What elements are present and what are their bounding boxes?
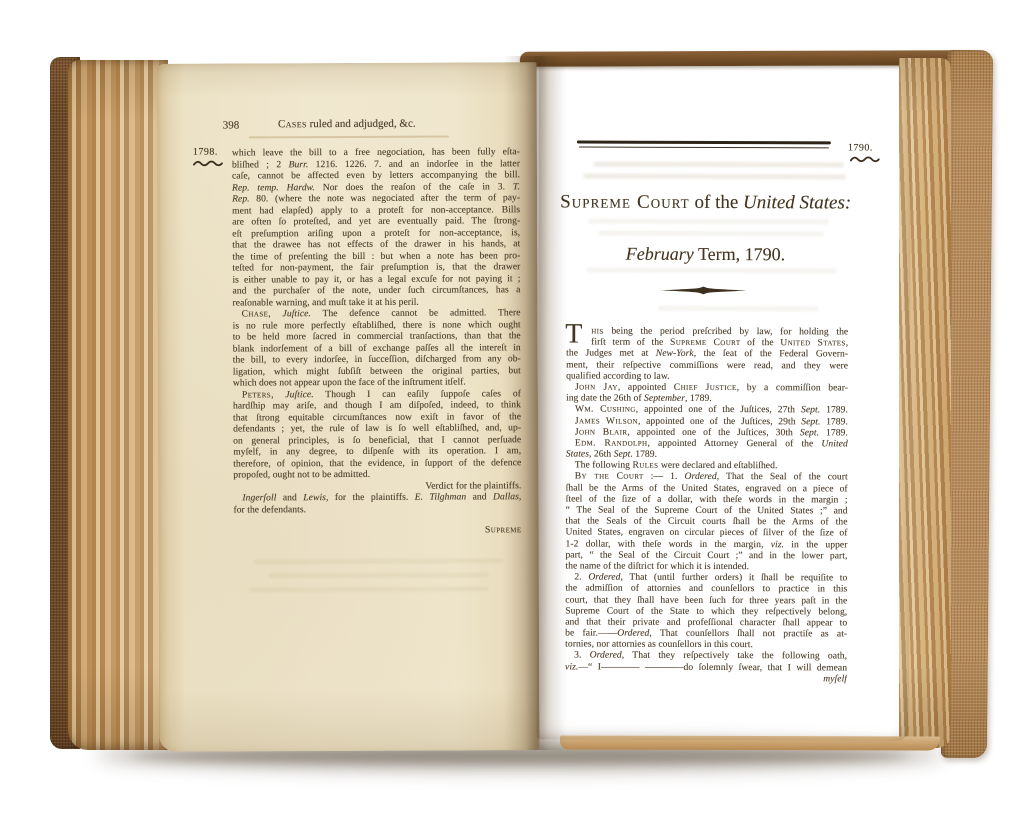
left-page-number: 398 bbox=[223, 119, 240, 131]
text-segment: E. Tilghman bbox=[415, 491, 467, 502]
text-segment: blank indorſement of a bill of exchange … bbox=[233, 342, 521, 354]
text-segment: United bbox=[821, 438, 847, 449]
text-segment: The defence cannot be admitted. There bbox=[311, 307, 521, 319]
text-segment: 2. bbox=[574, 572, 588, 583]
text-segment: Chief Justice bbox=[674, 382, 737, 393]
text-segment: ment had elapſed) apply to a proteſt for… bbox=[232, 204, 520, 216]
show-through-smudge bbox=[599, 231, 824, 237]
text-segment: New-York bbox=[656, 348, 694, 359]
left-running-header: Cases ruled and adjudged, &c. bbox=[252, 118, 442, 131]
header-show-through-rule bbox=[249, 136, 449, 139]
text-segment: firſt term of the bbox=[591, 337, 670, 348]
text-line: tornies, nor attornies as counſellors in… bbox=[565, 639, 847, 651]
text-segment: Lewis bbox=[303, 492, 326, 503]
text-segment: ment, their reſpective commiſſions were … bbox=[566, 359, 848, 371]
text-segment: , That they reſpectively take the follow… bbox=[622, 650, 847, 662]
text-segment: , by a commiſſion bear- bbox=[737, 382, 848, 393]
text-line: The following Rules were declared and eſ… bbox=[566, 460, 848, 472]
text-segment: 1789. bbox=[820, 405, 848, 416]
right-margin-year: 1790. bbox=[848, 142, 873, 153]
text-segment: , 26th bbox=[589, 449, 614, 460]
text-line: Supreme Court of the State to which they… bbox=[565, 605, 847, 617]
text-segment: Juſtice. bbox=[283, 308, 311, 319]
text-segment: —“ I———— ————do ſolemnly ſwear, that I w… bbox=[578, 661, 847, 673]
text-segment: Cases bbox=[278, 118, 307, 130]
text-segment: is no rule more perfectly eſtabliſhed, t… bbox=[233, 319, 521, 331]
text-line: qualified according to law. bbox=[566, 370, 848, 382]
left-margin-year: 1798. bbox=[193, 147, 218, 158]
text-line: ſteel of the ſize of a dollar, with theſ… bbox=[566, 493, 848, 505]
text-segment: United States bbox=[780, 337, 845, 348]
text-segment: Supreme Court of the State to which they… bbox=[565, 605, 847, 617]
text-segment: Ordered bbox=[590, 650, 622, 661]
text-segment: his bbox=[591, 326, 604, 337]
text-segment: the name of the diſtrict for which it is… bbox=[565, 560, 749, 572]
text-segment: Sept. bbox=[801, 405, 820, 416]
text-segment: defendants ; yet, the rule of law is ſo … bbox=[233, 422, 521, 434]
show-through-smudge bbox=[594, 162, 844, 168]
text-segment: on general principles, is ſo beneficial,… bbox=[233, 434, 521, 446]
text-segment: Wm. Cushing bbox=[575, 404, 636, 415]
text-segment: are often ſo proteſted, and yet are even… bbox=[232, 215, 520, 227]
text-segment: the admiſſion of attornies and counſello… bbox=[565, 583, 847, 595]
text-segment: Edm. Randolph bbox=[575, 437, 648, 448]
text-segment: Sept. bbox=[800, 427, 819, 438]
text-segment: , appointed one of the Juſtices, 30th bbox=[627, 426, 799, 438]
text-line: James Wilson, appointed one of the Juſti… bbox=[566, 415, 848, 427]
text-segment: Burr. bbox=[289, 159, 309, 170]
text-line: John Jay, appointed Chief Justice, by a … bbox=[566, 381, 848, 393]
text-segment: , bbox=[268, 308, 282, 319]
text-line: therefore, of opinion, that the evidence… bbox=[233, 457, 521, 470]
show-through-smudge bbox=[269, 572, 489, 578]
text-segment: that the Seals of the Circuit courts ſha… bbox=[566, 516, 848, 528]
text-segment: Dallas bbox=[493, 491, 519, 502]
text-segment: , That (until further orders) it ſhall b… bbox=[620, 572, 847, 584]
text-line: ligation, which might ſubſiſt between th… bbox=[233, 365, 521, 378]
text-segment: United States: bbox=[743, 192, 851, 213]
text-segment: hardſhip may ariſe, and though I am diſp… bbox=[233, 399, 521, 411]
text-segment: that the drawee has not effects of the d… bbox=[232, 238, 520, 250]
text-segment: the bill, to every indorſee, in ſucceſſi… bbox=[233, 353, 521, 365]
text-segment: Though I can eaſily ſuppoſe caſes of bbox=[314, 388, 521, 400]
show-through-smudge bbox=[254, 558, 504, 564]
text-segment: Rep. bbox=[232, 193, 250, 204]
text-segment: part, “ the Seal of the Circuit Court ;”… bbox=[565, 549, 847, 561]
text-segment: 1-2 dollar, with theſe words in the marg… bbox=[565, 538, 770, 550]
text-segment: that ſtrong equitable circumſtances now … bbox=[233, 411, 521, 423]
text-segment: is either unable to pay it, or has a leg… bbox=[232, 273, 520, 285]
text-line: the admiſſion of attornies and counſello… bbox=[565, 583, 847, 595]
right-year-flourish-icon bbox=[850, 154, 880, 164]
text-segment: and bbox=[276, 492, 303, 503]
text-segment: , appointed one of the Juſtices, 27th bbox=[636, 404, 801, 416]
text-segment: , bbox=[846, 338, 848, 349]
text-segment: be fair.—— bbox=[565, 628, 617, 639]
text-segment: 80. (where the note was negociated after… bbox=[250, 192, 521, 204]
text-segment: Ordered bbox=[617, 628, 649, 639]
text-segment: 1789. bbox=[633, 449, 657, 460]
text-segment: eſt preſumption ariſing upon a proteſt f… bbox=[232, 227, 520, 239]
text-segment: ſhall be the Arms of the United States, … bbox=[566, 482, 848, 494]
text-segment: Rep. temp. Hardw. bbox=[232, 182, 315, 193]
text-segment: tornies, nor attornies as counſellors in… bbox=[565, 639, 753, 651]
show-through-smudge bbox=[586, 268, 836, 274]
text-segment: and the purchaſer of the note, under ſuc… bbox=[232, 284, 520, 296]
text-segment: Supreme bbox=[485, 524, 522, 535]
text-segment: therefore, of opinion, that the evidence… bbox=[233, 457, 521, 469]
text-segment: 1789. bbox=[819, 427, 848, 438]
text-line: ment, their reſpective commiſſions were … bbox=[566, 359, 848, 371]
text-segment: T. bbox=[513, 181, 520, 192]
text-segment: , bbox=[271, 389, 285, 400]
text-line: viz.—“ I———— ————do ſolemnly ſwear, that… bbox=[565, 661, 847, 673]
text-line: Edm. Randolph, appointed Attorney Genera… bbox=[566, 437, 848, 449]
text-segment: United States, engraven on circular piec… bbox=[566, 527, 848, 539]
text-line: be fair.——Ordered, That counſellors ſhal… bbox=[565, 628, 847, 640]
text-segment: “ The Seal of the Supreme Court of the U… bbox=[566, 504, 848, 516]
text-segment: which does not appear upon the face of t… bbox=[233, 376, 466, 388]
right-page: 1790. Supreme Court of the United States… bbox=[537, 55, 911, 740]
left-catchword: Supreme bbox=[234, 524, 522, 536]
text-line: 3. Ordered, That they reſpectively take … bbox=[565, 650, 847, 662]
text-segment: Rules bbox=[632, 460, 658, 471]
text-segment: , the ſeat of the Federal Govern- bbox=[694, 348, 848, 360]
text-segment: which leave the bill to a free negociati… bbox=[232, 146, 520, 158]
text-segment: Ordered bbox=[588, 572, 620, 583]
text-segment: and that their private and profeſſional … bbox=[565, 616, 847, 628]
text-line: for the defendants. bbox=[233, 503, 521, 516]
text-segment: bliſhed ; 2 bbox=[232, 159, 289, 170]
page-fore-edge-left bbox=[68, 60, 168, 750]
right-page-title: Supreme Court of the United States: bbox=[551, 191, 861, 214]
text-segment: 3. bbox=[574, 650, 590, 661]
text-segment: reaſonable warning, and muſt take it at … bbox=[233, 296, 419, 308]
text-segment: ruled and adjudged, &c. bbox=[307, 118, 416, 130]
text-segment: of the bbox=[690, 192, 743, 213]
text-segment: being the period preſcribed by law, for … bbox=[604, 326, 849, 338]
text-segment: John Blair bbox=[575, 426, 628, 437]
text-line: court, that they ſhall have been ſuch fo… bbox=[565, 594, 847, 606]
show-through-smudge bbox=[589, 219, 829, 225]
text-line: part, “ the Seal of the Circuit Court ;”… bbox=[565, 549, 847, 561]
text-segment: Sept. bbox=[801, 416, 820, 427]
text-line: Wm. Cushing, appointed one of the Juſtic… bbox=[566, 404, 848, 416]
text-line: 2. Ordered, That (until further orders) … bbox=[565, 572, 847, 584]
text-segment: ligation, which might ſubſiſt between th… bbox=[233, 365, 521, 377]
text-segment: teſted for non-payment, the fair preſump… bbox=[232, 261, 520, 273]
text-segment: viz. bbox=[771, 539, 784, 550]
text-segment: and bbox=[466, 491, 493, 502]
text-segment: :— 1. bbox=[644, 471, 685, 482]
text-segment: court, that they ſhall have been ſuch fo… bbox=[565, 594, 847, 606]
section-ornament-icon bbox=[660, 286, 746, 295]
text-segment: , appointed Attorney General of the bbox=[647, 438, 821, 450]
text-segment: Supreme Court bbox=[560, 191, 690, 212]
text-line: firſt term of the Supreme Court of the U… bbox=[566, 337, 848, 349]
text-segment: myſelf bbox=[823, 673, 847, 684]
text-segment: , That the Seal of the court bbox=[717, 471, 848, 482]
text-segment: , appointed one of the Juſtices, 29th bbox=[638, 415, 801, 427]
text-segment: caſe, cannot be affected even by letters… bbox=[232, 169, 520, 181]
text-segment: 1216. 1226. 7. and an indorſee in the la… bbox=[308, 158, 520, 170]
text-segment: The following bbox=[575, 460, 633, 471]
text-line: ing date the 26th of September, 1789. bbox=[566, 393, 848, 405]
text-line: 1-2 dollar, with theſe words in the marg… bbox=[565, 538, 847, 550]
right-page-subtitle: February Term, 1790. bbox=[550, 243, 860, 265]
header-double-rule-thick bbox=[577, 140, 831, 144]
text-segment: , 1789. bbox=[685, 393, 712, 404]
text-segment: Chase bbox=[242, 308, 269, 319]
left-year-flourish-icon bbox=[193, 159, 223, 169]
text-segment: ing date the 26th of bbox=[566, 393, 644, 404]
text-segment: propoſed, ought not to be admitted. bbox=[233, 469, 370, 481]
text-line: his being the period preſcribed by law, … bbox=[566, 325, 848, 337]
text-line: John Blair, appointed one of the Juſtice… bbox=[566, 426, 848, 438]
text-segment: in the upper bbox=[784, 539, 848, 550]
text-segment: the time of preſenting the bill : but wh… bbox=[232, 250, 520, 262]
text-line: and that their private and profeſſional … bbox=[565, 616, 847, 628]
text-segment: , appointed bbox=[618, 382, 674, 393]
text-segment: myſelf, in any degree, to diſpenſe with … bbox=[233, 445, 521, 457]
text-segment: of the bbox=[740, 337, 780, 348]
text-line: By the Court :— 1. Ordered, That the Sea… bbox=[566, 471, 848, 483]
text-segment: Juſtice. bbox=[285, 389, 313, 400]
text-line: ſhall be the Arms of the United States, … bbox=[566, 482, 848, 494]
text-segment: , That counſellors ſhall not practiſe as… bbox=[649, 628, 847, 640]
text-segment: ſteel of the ſize of a dollar, with theſ… bbox=[566, 493, 848, 505]
text-segment: , bbox=[519, 491, 522, 502]
text-segment: were declared and eſtabliſhed. bbox=[658, 460, 777, 471]
show-through-smudge bbox=[584, 174, 846, 180]
text-line: that the Seals of the Circuit courts ſha… bbox=[566, 516, 848, 528]
text-line: “ The Seal of the Supreme Court of the U… bbox=[566, 504, 848, 516]
text-segment: February bbox=[626, 244, 694, 264]
text-segment: for the defendants. bbox=[233, 504, 306, 515]
text-line: States, 26th Sept. 1789. bbox=[566, 449, 848, 461]
text-segment: Verdict for the plaintiffs. bbox=[425, 480, 521, 491]
show-through-smudge bbox=[249, 586, 489, 592]
text-segment: Supreme Court bbox=[670, 337, 741, 348]
text-segment: Ordered bbox=[685, 471, 717, 482]
text-segment: Nor does the reaſon of the caſe in 3. bbox=[315, 181, 513, 193]
right-page-text: his being the period preſcribed by law, … bbox=[565, 325, 848, 684]
text-segment: States bbox=[566, 449, 589, 460]
text-segment: the Judges met at bbox=[566, 348, 656, 359]
text-segment: viz. bbox=[565, 661, 578, 672]
text-segment: Peters bbox=[242, 389, 271, 400]
text-segment: James Wilson bbox=[575, 415, 638, 426]
text-line: and the purchaſer of the note, under ſuc… bbox=[232, 284, 520, 297]
text-line: the name of the diſtrict for which it is… bbox=[565, 560, 847, 572]
header-double-rule-thin bbox=[579, 146, 829, 148]
text-segment: to be held more ſacred in commercial tra… bbox=[233, 330, 521, 342]
text-segment: Ingerſoll bbox=[242, 492, 276, 503]
text-segment: September bbox=[644, 393, 685, 404]
left-page: 398 Cases ruled and adjudged, &c. 1798. … bbox=[157, 62, 540, 752]
text-segment: 1789. bbox=[820, 416, 848, 427]
text-segment: By the Court bbox=[575, 471, 644, 482]
text-segment: Sept. bbox=[614, 449, 633, 460]
text-segment: John Jay bbox=[575, 381, 618, 392]
text-segment: , for the plaintiffs. bbox=[326, 492, 415, 503]
text-segment: Term, 1790. bbox=[694, 244, 785, 264]
text-segment: qualified according to law. bbox=[566, 370, 670, 381]
show-through-smudge bbox=[658, 306, 818, 312]
text-line: Ingerſoll and Lewis, for the plaintiffs.… bbox=[233, 491, 521, 504]
text-line: myſelf bbox=[565, 672, 847, 684]
text-line: United States, engraven on circular piec… bbox=[566, 527, 848, 539]
left-page-text: which leave the bill to a free negociati… bbox=[232, 146, 522, 515]
text-line: the Judges met at New-York, the ſeat of … bbox=[566, 348, 848, 360]
